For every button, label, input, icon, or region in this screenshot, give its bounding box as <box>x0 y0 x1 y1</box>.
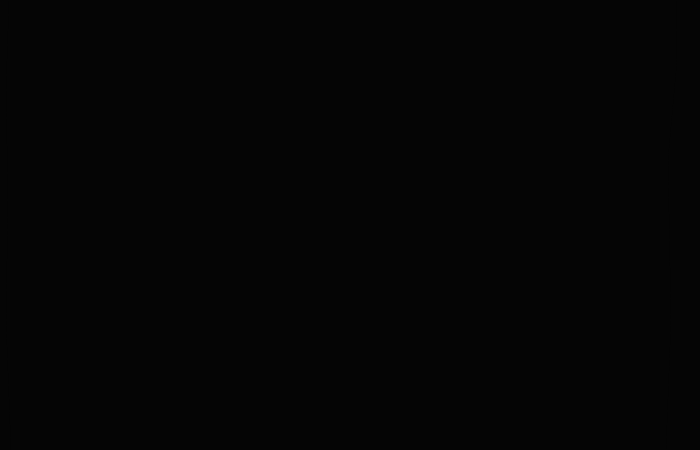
manuscript-scan: Catalogue des Mariages faits a Quebec de… <box>0 0 700 450</box>
film-edge-top <box>0 0 700 450</box>
